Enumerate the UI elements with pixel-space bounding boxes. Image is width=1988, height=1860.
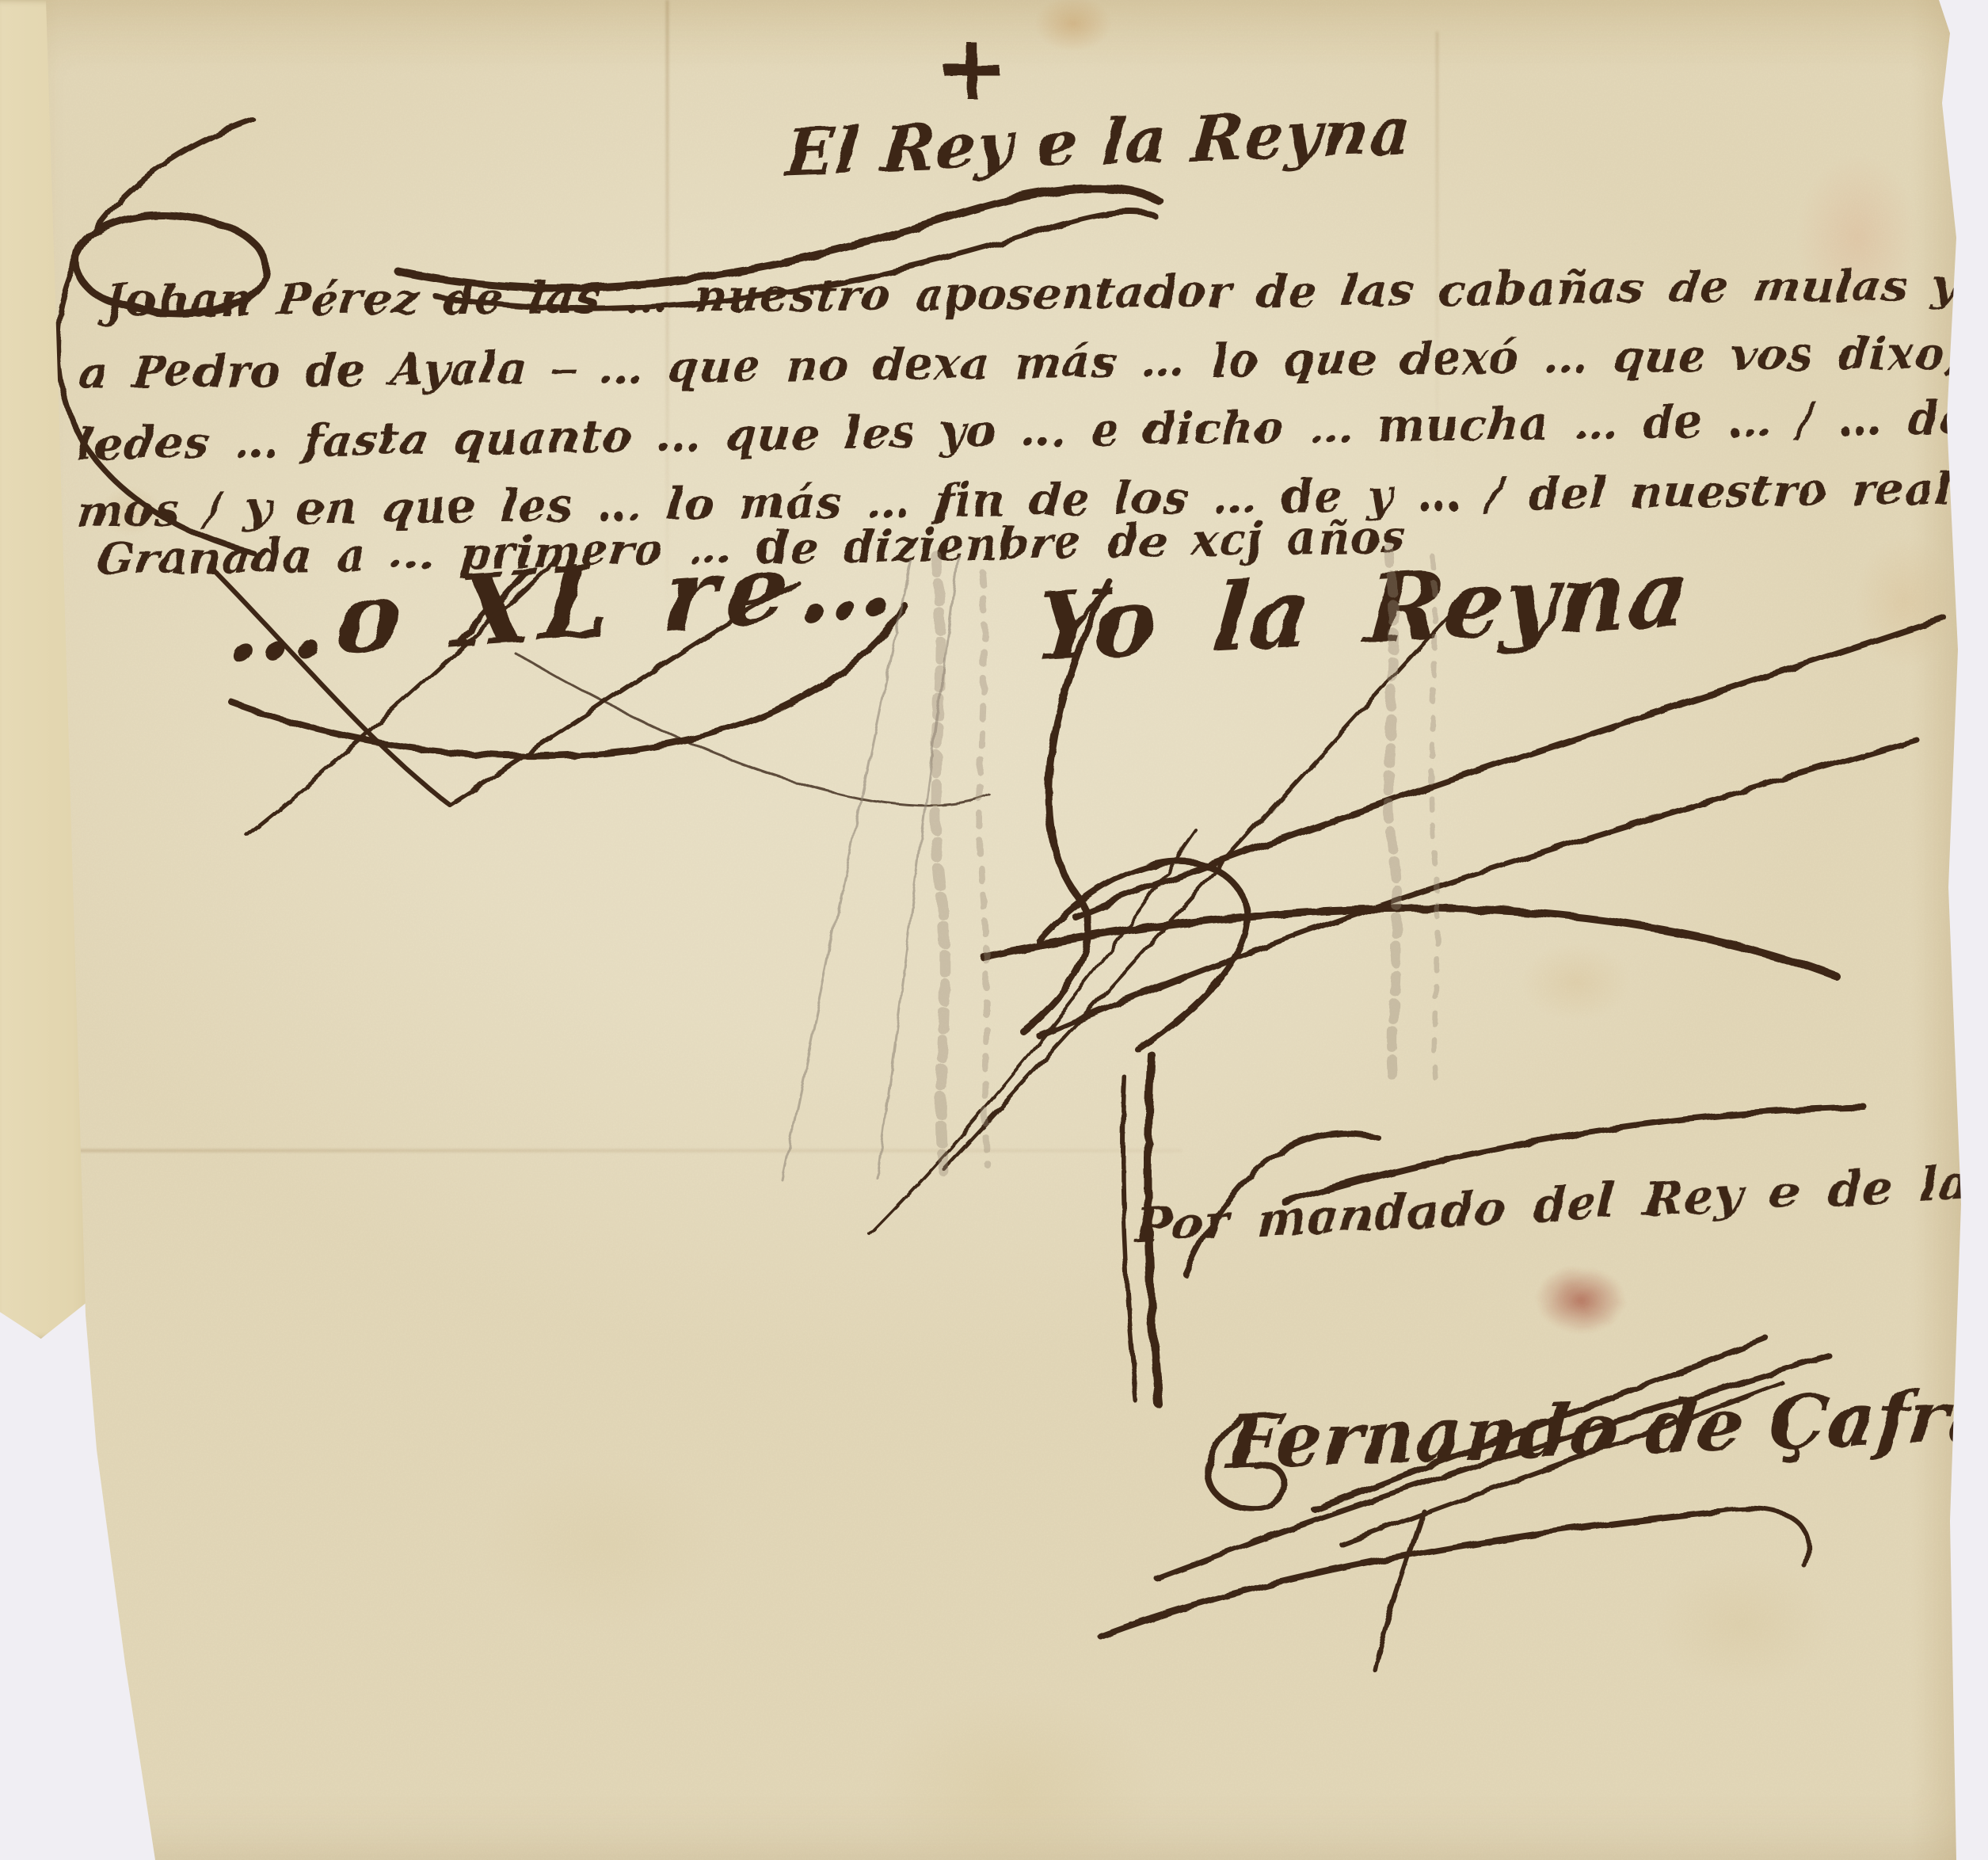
- secretary-signature: Fernando de Çafra: [1223, 1371, 1988, 1484]
- ink-layer: + El Rey e la Reyna Johan Pérez de las ……: [0, 0, 1988, 1860]
- countersign-line: Por mandado del Rey e de la Reyna: [1134, 1144, 1988, 1253]
- document-heading: El Rey e la Reyna: [782, 92, 1413, 189]
- manuscript-page: + El Rey e la Reyna Johan Pérez de las ……: [0, 0, 1988, 1860]
- body-line: ledes … fasta quanto … que les yo … e di…: [74, 386, 1988, 469]
- body-line: Johan Pérez de las … nuestro aposentador…: [103, 252, 1988, 326]
- cross-mark: +: [933, 14, 1008, 118]
- scanned-manuscript: + El Rey e la Reyna Johan Pérez de las ……: [0, 0, 1988, 1860]
- body-line: a Pedro de Ayala ⎯ … que no dexa más … l…: [76, 319, 1988, 398]
- ink-smudge: [1535, 1266, 1624, 1331]
